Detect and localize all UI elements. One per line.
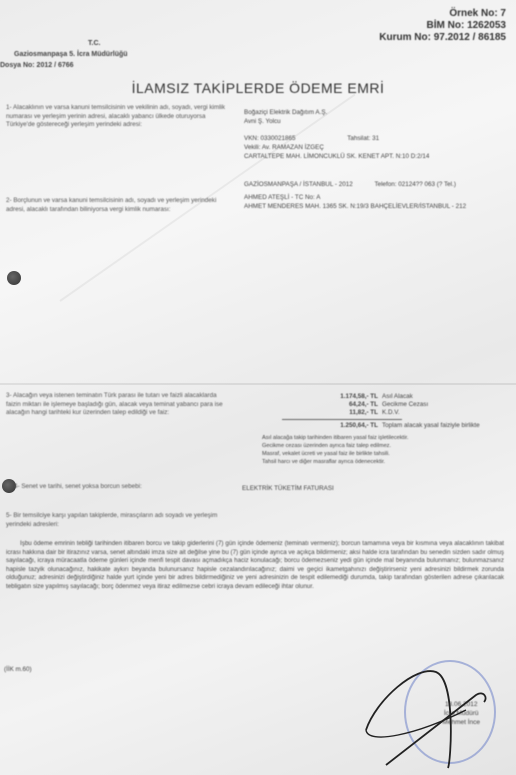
amount-total: 1.250,64,- TLToplam alacak yasal faiziyl… [322, 422, 480, 430]
section-3-notes: Asıl alacağa takip tarihinden itibaren y… [262, 434, 512, 466]
section-5-label: 5- Bir temsilciye karşı yapılan takipler… [6, 512, 231, 529]
footer-reference: (İİK m.60) [4, 665, 32, 674]
debtor-place: GAZİOSMANPAŞA / İSTANBUL - 2012 [244, 181, 353, 188]
office-header: T.C. Gaziosmanpaşa 5. İcra Müdürlüğü Dos… [0, 38, 128, 71]
creditor-rep: Avni Ş. Yolcu [244, 117, 504, 126]
section-2-debtor: GAZİOSMANPAŞA / İSTANBUL - 2012 Telefon:… [244, 180, 514, 211]
office-name: Gaziosmanpaşa 5. İcra Müdürlüğü [0, 49, 128, 60]
bim-no: BİM No: 1262053 [379, 20, 506, 32]
legal-warning-text: İşbu ödeme emrinin tebliği tarihinden it… [6, 540, 504, 592]
section-1-label: 1- Alacaklının ve varsa kanuni temsilcis… [6, 104, 231, 130]
signature-icon [356, 650, 506, 770]
section-3-label: 3- Alacağın veya istenen teminatın Türk … [6, 392, 231, 418]
tc-label: T.C. [0, 38, 128, 49]
section-4-value: ELEKTRİK TÜKETİM FATURASI [242, 484, 334, 493]
punch-hole [7, 271, 21, 285]
section-1-creditor: Boğaziçi Elektrik Dağıtım A.Ş. Avni Ş. Y… [244, 108, 504, 161]
amounts-table: 1.174,58,- TLAsıl Alacak 64,24,- TLGecik… [322, 393, 480, 430]
amount-row: 11,82,- TLK.D.V. [322, 409, 480, 417]
amount-separator [282, 419, 402, 420]
dosya-no: Dosya No: 2012 / 6766 [0, 62, 74, 69]
document-title: İLAMSIZ TAKİPLERDE ÖDEME EMRİ [0, 80, 516, 96]
section-4-label: 4- Senet ve tarihi, senet yoksa borcun s… [14, 483, 239, 492]
paper-fold-line [0, 383, 516, 385]
amount-row: 1.174,58,- TLAsıl Alacak [322, 393, 480, 401]
debtor-address: AHMET MENDERES MAH. 1365 SK. N:19/3 BAHÇ… [244, 202, 514, 211]
creditor-address: CARTALTEPE MAH. LİMONCUKLÜ SK. KENET APT… [244, 152, 504, 161]
amount-row: 64,24,- TLGecikme Cezası [322, 401, 480, 409]
ornek-no: Örnek No: 7 [379, 8, 506, 20]
kurum-no: Kurum No: 97.2012 / 86185 [379, 32, 506, 44]
section-2-label: 2- Borçlunun ve varsa kanuni temsilcisin… [6, 197, 231, 214]
debtor-phone: Telefon: 02124?? 063 (? Tel.) [374, 181, 455, 188]
tahsilat: Tahsilat: 31 [347, 135, 379, 142]
debtor-name: AHMED ATEŞLİ - TC No: A [244, 193, 514, 202]
reference-numbers: Örnek No: 7 BİM No: 1262053 Kurum No: 97… [379, 8, 506, 44]
creditor-attorney: Vekili: Av. RAMAZAN İZGEÇ [244, 143, 504, 152]
vkn-row: VKN: 0330021865 Tahsilat: 31 [244, 134, 504, 143]
creditor-name: Boğaziçi Elektrik Dağıtım A.Ş. [244, 108, 504, 117]
debtor-row-1: GAZİOSMANPAŞA / İSTANBUL - 2012 Telefon:… [244, 180, 514, 189]
vkn: VKN: 0330021865 [244, 135, 295, 142]
